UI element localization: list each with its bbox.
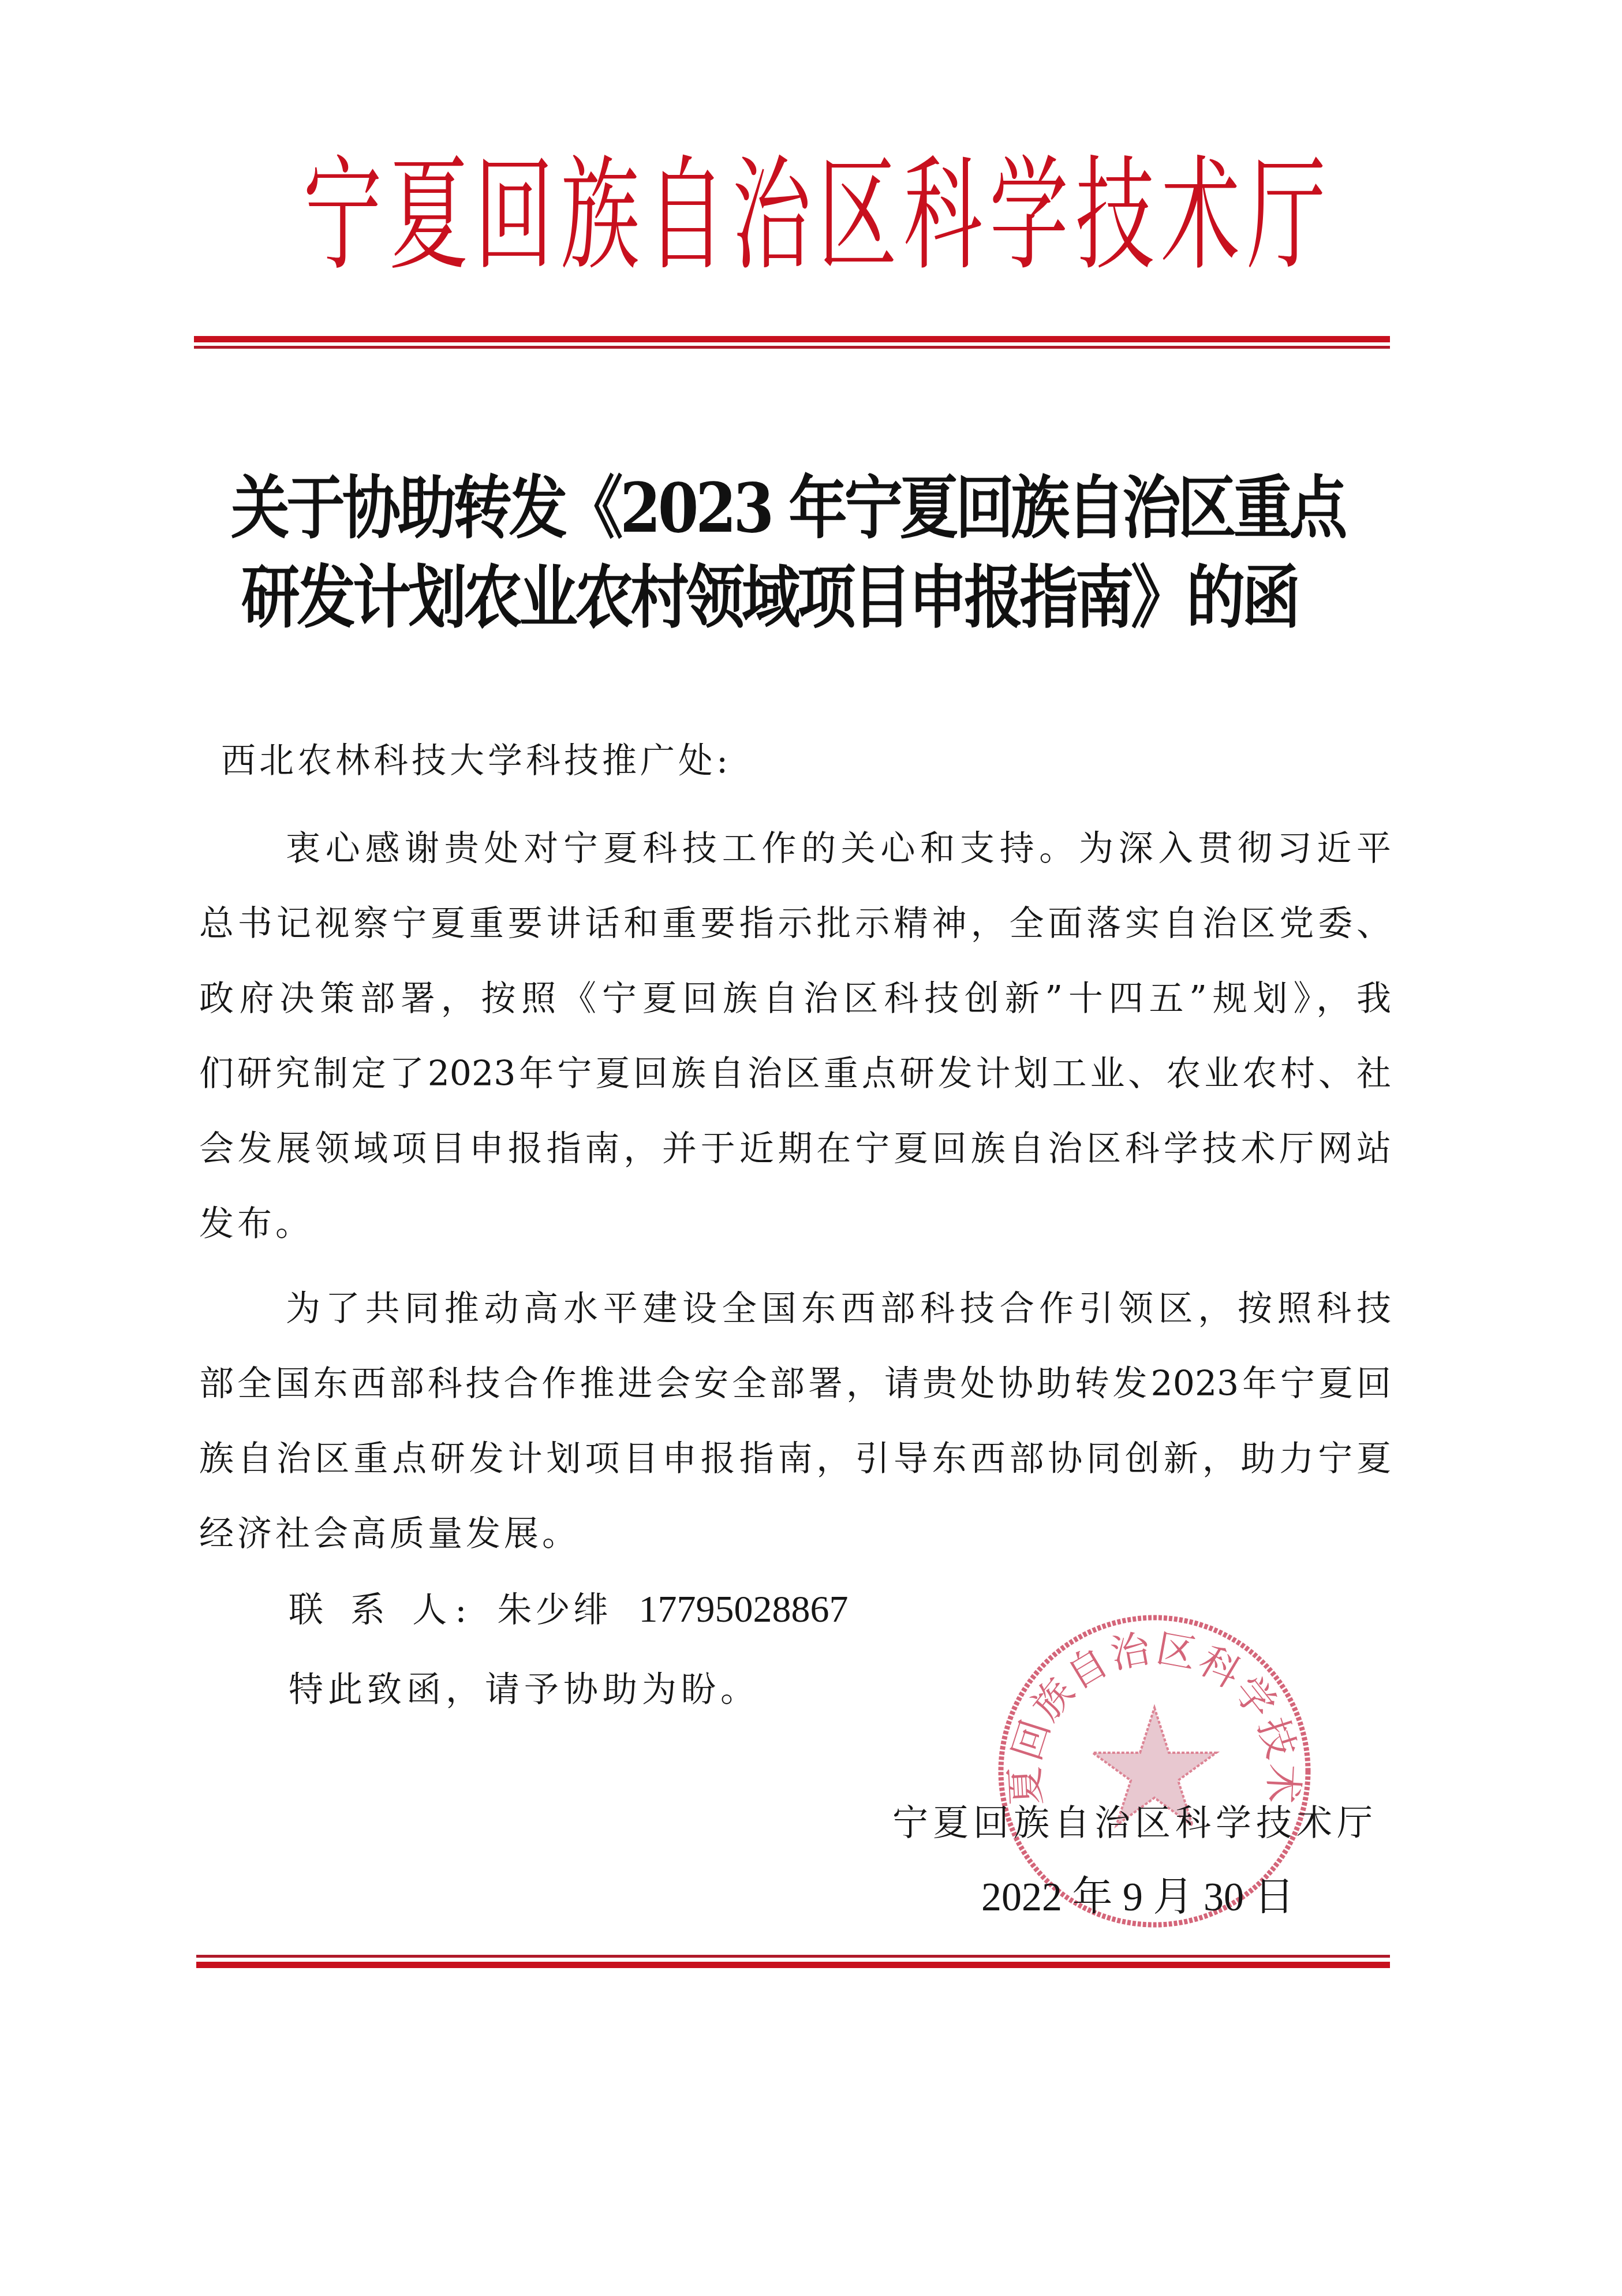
contact-line: 联 系 人: 朱少绯 17795028867	[289, 1584, 849, 1636]
paragraph-2-line: 族自治区重点研发计划项目申报指南，引导东西部协同创新，助力宁夏	[199, 1433, 1391, 1485]
letterhead-char: 夏	[389, 135, 449, 296]
letterhead-char: 族	[560, 135, 621, 296]
paragraph-1-line: 总书记视察宁夏重要讲话和重要指示批示精神，全面落实自治区党委、	[199, 898, 1391, 950]
contact-name: 朱少绯	[497, 1590, 611, 1630]
paragraph-2-line: 为了共同推动高水平建设全国东西部科技合作引领区，按照科技	[286, 1283, 1391, 1335]
contact-label: 联 系 人:	[289, 1590, 474, 1630]
letterhead-char: 自	[646, 135, 707, 296]
paragraph-2-line: 经济社会高质量发展。	[199, 1508, 580, 1560]
paragraph-1-line: 政府决策部署，按照《宁夏回族自治区科技创新”十四五”规划》，我	[199, 973, 1391, 1025]
closing-line: 特此致函，请予协助为盼。	[289, 1664, 760, 1716]
letterhead-char: 术	[1161, 135, 1221, 296]
contact-phone: 17795028867	[639, 1588, 849, 1630]
letterhead-char: 区	[818, 135, 878, 296]
letterhead-org-name: 宁 夏 回 族 自 治 区 科 学 技 术 厅	[291, 143, 1319, 288]
seal-ring-text: 宁夏回族自治区科学技术厅	[994, 1611, 1306, 1806]
paragraph-1-line: 发布。	[199, 1198, 313, 1250]
letterhead-char: 宁	[303, 135, 363, 296]
header-rule-thin	[194, 346, 1390, 349]
signature-org: 宁夏回族自治区科学技术厅	[892, 1797, 1377, 1849]
signature-date: 2022 年 9 月 30 日	[981, 1872, 1295, 1924]
letterhead-char: 科	[904, 135, 964, 296]
letterhead-char: 学	[989, 135, 1049, 296]
letterhead-char: 治	[732, 135, 792, 296]
footer-rule-thick	[196, 1962, 1390, 1968]
letterhead-char: 厅	[1247, 135, 1307, 296]
paragraph-1-line: 会发展领域项目申报指南，并于近期在宁夏回族自治区科学技术厅网站	[199, 1123, 1391, 1175]
footer-rule-thin	[196, 1955, 1390, 1958]
paragraph-2-line: 部全国东西部科技合作推进会安全部署，请贵处协助转发2023年宁夏回	[199, 1358, 1391, 1410]
paragraph-1-line: 衷心感谢贵处对宁夏科技工作的关心和支持。为深入贯彻习近平	[286, 823, 1391, 875]
document-title-line-1: 关于协助转发《2023 年宁夏回族自治区重点	[231, 465, 1380, 551]
header-rule-thick	[194, 336, 1390, 342]
document-title-line-2: 研发计划农业农村领域项目申报指南》的函	[241, 554, 1390, 641]
letterhead-char: 技	[1075, 135, 1135, 296]
letterhead-char: 回	[475, 135, 535, 296]
paragraph-1-line: 们研究制定了2023年宁夏回族自治区重点研发计划工业、农业农村、社	[199, 1048, 1391, 1100]
salutation: 西北农林科技大学科技推广处:	[221, 735, 731, 787]
